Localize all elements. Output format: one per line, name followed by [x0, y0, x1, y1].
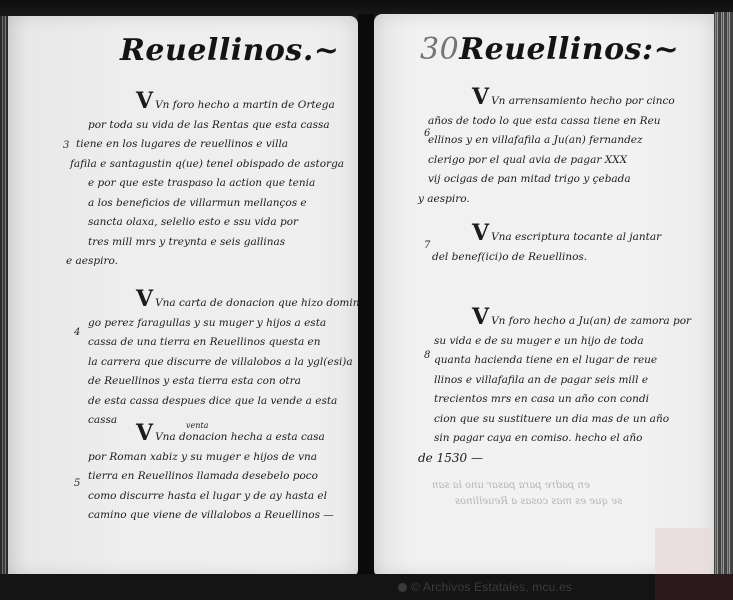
- scan-bottom-edge: [0, 574, 733, 600]
- entry-line: ellinos y en villafafila a Ju(an) fernan…: [418, 131, 675, 151]
- left-entry-1: VVn foro hecho a martin de Ortega por to…: [66, 96, 344, 272]
- folio-number: 30: [420, 32, 459, 67]
- entry-line: de esta cassa despues dice que la vende …: [66, 392, 359, 412]
- entry-line: tres mill mrs y treynta e seis gallinas: [66, 233, 344, 253]
- right-entry-2: VVna escriptura tocante al jantar del be…: [418, 228, 661, 267]
- entry-line: sancta olaxa, selelio esto e ssu vida po…: [66, 213, 344, 233]
- manuscript-scan: © Archivos Estatales, mcu.es Reuellinos.…: [0, 0, 733, 600]
- entry-line: VVn foro hecho a Ju(an) de zamora por: [418, 312, 691, 332]
- entry-line: trecientos mrs en casa un año con condi: [418, 390, 691, 410]
- right-page-heading: 30Reuellinos:~: [420, 32, 679, 67]
- entry-line: vij ocigas de pan mitad trigo y çebada: [418, 170, 675, 190]
- entry-line: años de todo lo que esta cassa tiene en …: [418, 112, 675, 132]
- entry-line: llinos e villafafila an de pagar seis mi…: [418, 371, 691, 391]
- entry-line: por Roman xabiz y su muger e hijos de vn…: [66, 448, 334, 468]
- right-entry-3: VVn foro hecho a Ju(an) de zamora por su…: [418, 312, 691, 468]
- right-page-edge: [714, 12, 733, 578]
- entry-line: y aespiro.: [418, 190, 675, 210]
- left-page-heading: Reuellinos.~: [120, 33, 339, 68]
- entry-line: e aespiro.: [66, 252, 344, 272]
- entry-line: por toda su vida de las Rentas que esta …: [66, 116, 344, 136]
- entry-line: la carrera que discurre de villalobos a …: [66, 353, 359, 373]
- entry-line: de 1530 —: [418, 449, 691, 469]
- entry-line: VVn foro hecho a martin de Ortega: [66, 96, 344, 116]
- entry-line: sin pagar caya en comiso. hecho el año: [418, 429, 691, 449]
- entry-line: del benef(ici)o de Reuellinos.: [418, 248, 661, 268]
- entry-line: camino que viene de villalobos a Reuelli…: [66, 506, 334, 526]
- archive-stamp-tab: [655, 574, 733, 600]
- entry-line: su vida e de su muger e un hijo de toda: [418, 332, 691, 352]
- entry-line: e por que este traspaso la action que te…: [66, 174, 344, 194]
- entry-line: como discurre hasta el lugar y de ay has…: [66, 487, 334, 507]
- entry-line: a los beneficios de villarmun mellanços …: [66, 194, 344, 214]
- entry-line: tiene en los lugares de reuellinos e vil…: [66, 135, 344, 155]
- bleed-through-text: se que es mas cosas a Reuellinos: [455, 496, 622, 507]
- archive-stamp-corner: [655, 528, 711, 574]
- entry-line: cassa de una tierra en Reuellinos questa…: [66, 333, 359, 353]
- entry-line: VVna escriptura tocante al jantar: [418, 228, 661, 248]
- watermark: © Archivos Estatales, mcu.es: [398, 580, 572, 594]
- entry-line: go perez faragullas y su muger y hijos a…: [66, 314, 359, 334]
- entry-line: de Reuellinos y esta tierra esta con otr…: [66, 372, 359, 392]
- entry-line: clerigo por el qual avia de pagar XXX: [418, 151, 675, 171]
- entry-line: cion que su sustituere un dia mas de un …: [418, 410, 691, 430]
- entry-line: fafila e santagustin q(ue) tenel obispad…: [66, 155, 344, 175]
- book-gutter: [358, 14, 374, 580]
- entry-line: quanta hacienda tiene en el lugar de reu…: [418, 351, 691, 371]
- bleed-through-text: en padre para pasar uno la san: [432, 480, 590, 491]
- right-entry-1: VVn arrensamiento hecho por cinco años d…: [418, 92, 675, 209]
- entry-line: VVn arrensamiento hecho por cinco: [418, 92, 675, 112]
- entry-line: VVna carta de donacion que hizo domin: [66, 294, 359, 314]
- left-entry-3: VVna donacion hecha a esta casa por Roma…: [66, 428, 334, 526]
- entry-line: VVna donacion hecha a esta casa: [66, 428, 334, 448]
- entry-line: tierra en Reuellinos llamada desebelo po…: [66, 467, 334, 487]
- left-entry-2: VVna carta de donacion que hizo domin go…: [66, 294, 359, 431]
- copyright-icon: [398, 583, 407, 592]
